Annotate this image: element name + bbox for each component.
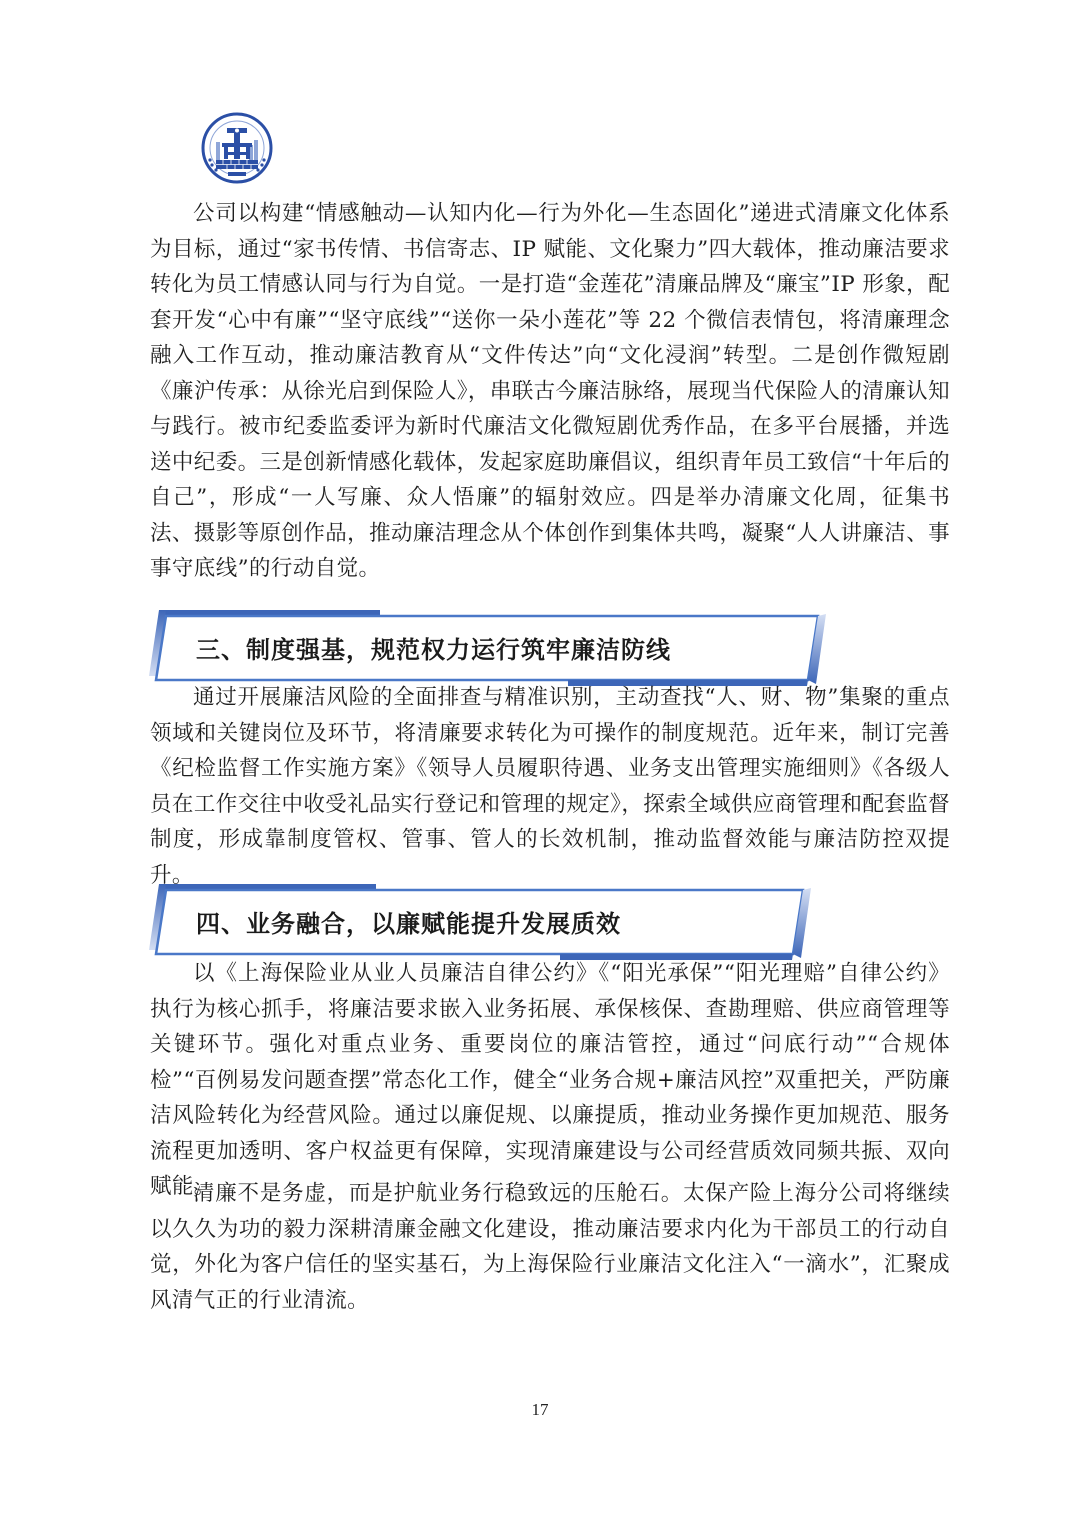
section-heading-banner-3: 三、制度强基，规范权力运行筑牢廉洁防线 — [148, 606, 828, 686]
company-emblem-icon — [198, 112, 276, 184]
section-heading-banner-4: 四、业务融合，以廉赋能提升发展质效 — [148, 880, 813, 960]
section-title: 三、制度强基，规范权力运行筑牢廉洁防线 — [196, 630, 671, 665]
company-logo — [198, 112, 276, 184]
body-paragraph-conclusion: 清廉不是务虚，而是护航业务行稳致远的压舱石。太保产险上海分公司将继续以久久为功的… — [150, 1176, 950, 1318]
body-paragraph-business: 以《上海保险业从业人员廉洁自律公约》《“阳光承保”“阳光理赔”自律公约》执行为核… — [150, 956, 950, 1205]
body-paragraph-institution: 通过开展廉洁风险的全面排查与精准识别，主动查找“人、财、物”集聚的重点领域和关键… — [150, 680, 950, 893]
page-number: 17 — [0, 1400, 1080, 1420]
section-title: 四、业务融合，以廉赋能提升发展质效 — [196, 904, 621, 939]
body-paragraph-culture: 公司以构建“情感触动—认知内化—行为外化—生态固化”递进式清廉文化体系为目标，通… — [150, 196, 950, 587]
